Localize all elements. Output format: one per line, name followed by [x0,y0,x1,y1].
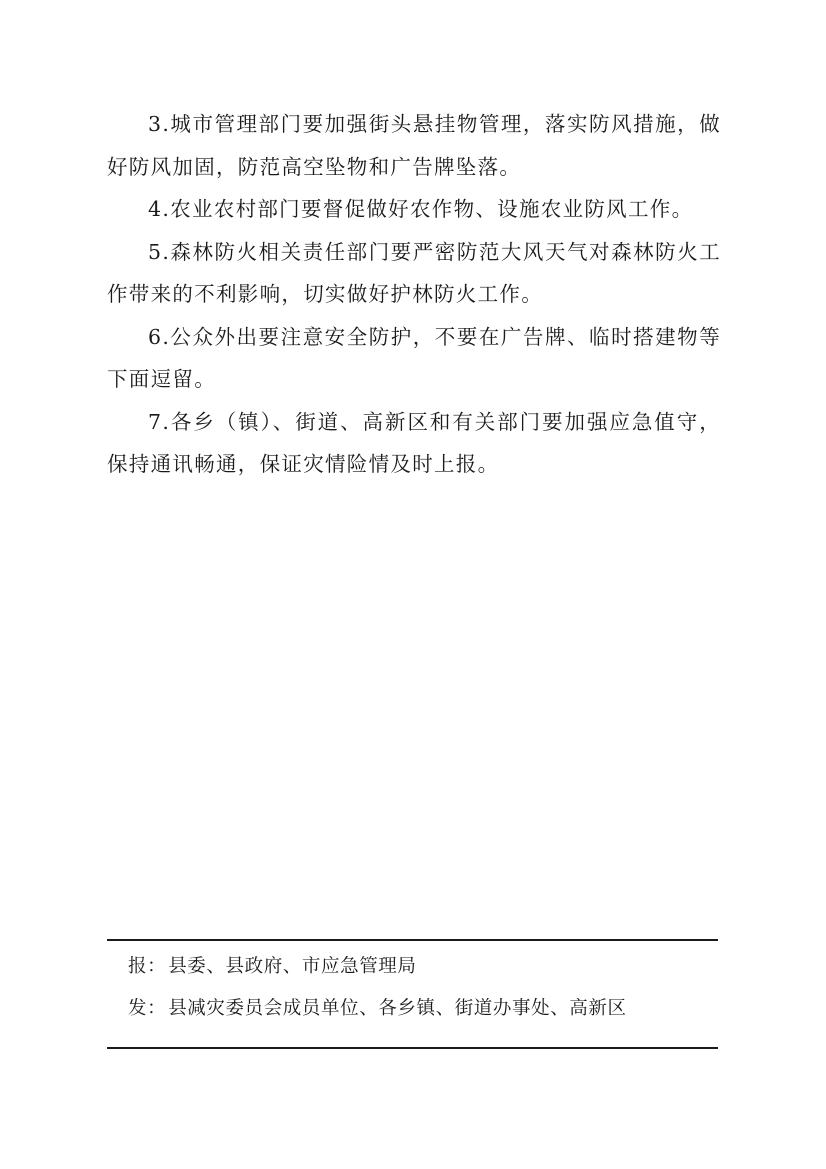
paragraph-number: 4. [148,197,170,221]
report-label: 报： [128,956,166,977]
paragraph-number: 5. [148,240,170,264]
paragraph-text: 各乡（镇）、街道、高新区和有关部门要加强应急值守，保持通讯畅通，保证灾情险情及时… [107,410,721,477]
document-body: 3.城市管理部门要加强街头悬挂物管理，落实防风措施，做好防风加固，防范高空坠物和… [107,103,721,486]
document-page: 3.城市管理部门要加强街头悬挂物管理，落实防风措施，做好防风加固，防范高空坠物和… [0,0,826,1169]
paragraph-item-3: 3.城市管理部门要加强街头悬挂物管理，落实防风措施，做好防风加固，防范高空坠物和… [107,103,721,188]
paragraph-item-7: 7.各乡（镇）、街道、高新区和有关部门要加强应急值守，保持通讯畅通，保证灾情险情… [107,401,721,486]
report-recipients: 县委、县政府、市应急管理局 [168,956,416,977]
send-recipients: 县减灾委员会成员单位、各乡镇、街道办事处、高新区 [168,998,626,1019]
distribution-top-divider [107,939,718,941]
paragraph-item-6: 6.公众外出要注意安全防护，不要在广告牌、临时搭建物等下面逗留。 [107,316,721,401]
paragraph-text: 农业农村部门要督促做好农作物、设施农业防风工作。 [170,197,693,221]
distribution-report-line: 报：县委、县政府、市应急管理局 [128,955,417,979]
paragraph-number: 6. [148,325,170,349]
paragraph-text: 城市管理部门要加强街头悬挂物管理，落实防风措施，做好防风加固，防范高空坠物和广告… [107,112,721,179]
send-label: 发： [128,998,166,1019]
distribution-bottom-divider [107,1047,718,1049]
paragraph-text: 公众外出要注意安全防护，不要在广告牌、临时搭建物等下面逗留。 [107,325,721,392]
paragraph-item-5: 5.森林防火相关责任部门要严密防范大风天气对森林防火工作带来的不利影响，切实做好… [107,231,721,316]
paragraph-number: 7. [148,410,170,434]
paragraph-number: 3. [148,112,170,136]
paragraph-item-4: 4.农业农村部门要督促做好农作物、设施农业防风工作。 [107,188,721,231]
paragraph-text: 森林防火相关责任部门要严密防范大风天气对森林防火工作带来的不利影响，切实做好护林… [107,240,721,307]
distribution-send-line: 发：县减灾委员会成员单位、各乡镇、街道办事处、高新区 [128,997,627,1021]
